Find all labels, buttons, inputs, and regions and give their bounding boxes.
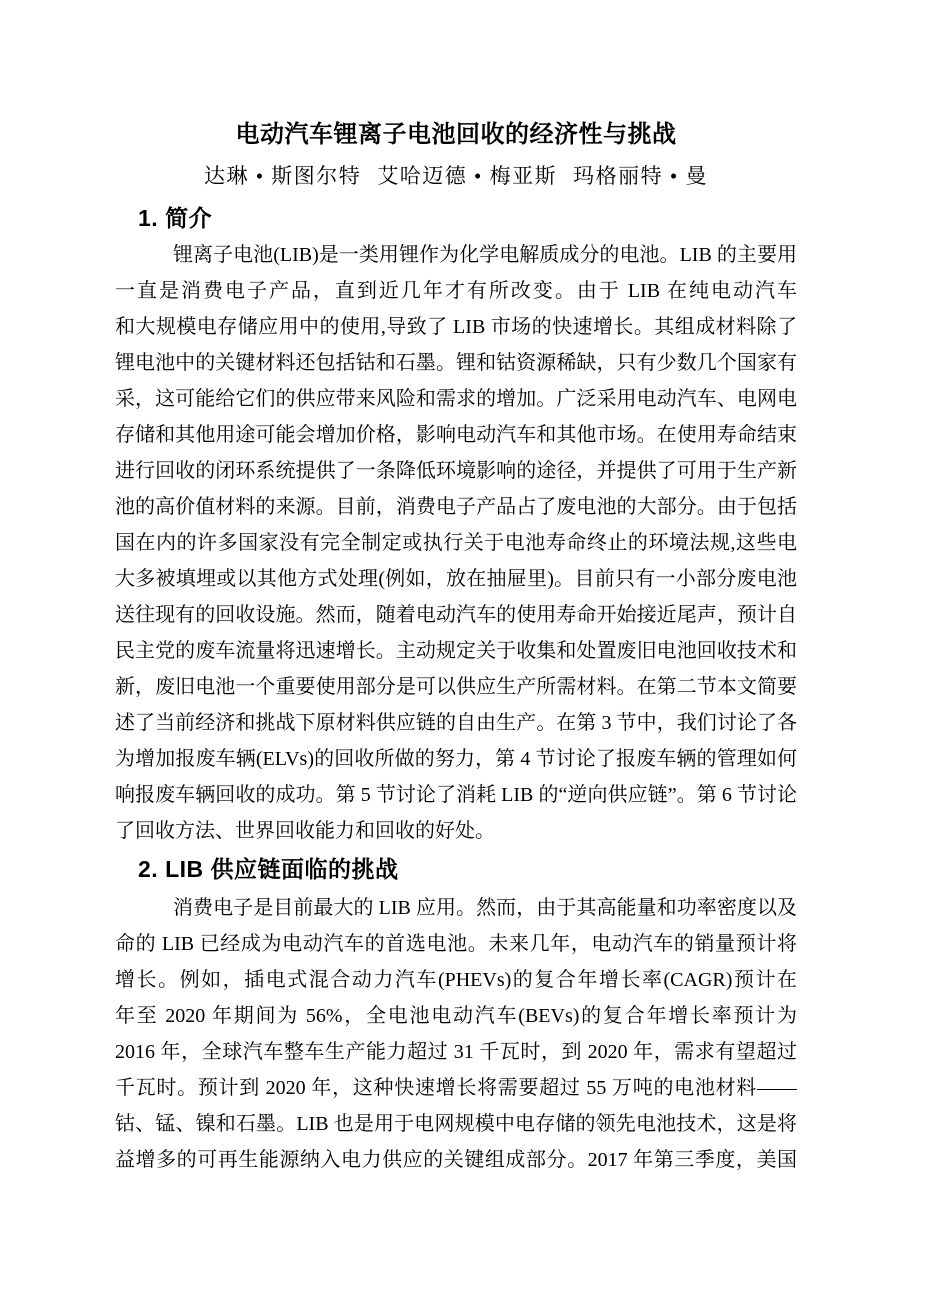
text-line: 命的 LIB 已经成为电动汽车的首选电池。未来几年，电动汽车的销量预计将迅速	[115, 926, 797, 962]
text-line: 池的高价值材料的来源。目前，消费电子产品占了废电池的大部分。由于包括美	[115, 489, 797, 525]
text-line: 锂离子电池(LIB)是一类用锂作为化学电解质成分的电池。LIB 的主要用途	[115, 237, 797, 273]
author-name: 玛格丽特 • 曼	[573, 164, 708, 188]
text-line: 千瓦时。预计到 2020 年，这种快速增长将需要超过 55 万吨的电池材料——锂…	[115, 1070, 797, 1106]
text-line: 述了当前经济和挑战下原材料供应链的自由生产。在第 3 节中，我们讨论了各国	[115, 705, 797, 741]
page-content: 电动汽车锂离子电池回收的经济性与挑战 达琳 • 斯图尔特艾哈迈德 • 梅亚斯玛格…	[115, 0, 797, 1178]
section-1-heading: 1. 简介	[115, 202, 797, 234]
text-line: 了回收方法、世界回收能力和回收的好处。	[115, 813, 797, 849]
text-line: 响报废车辆回收的成功。第 5 节讨论了消耗 LIB 的“逆向供应链”。第 6 节…	[115, 777, 797, 813]
text-line: 为增加报废车辆(ELVs)的回收所做的努力，第 4 节讨论了报废车辆的管理如何影	[115, 741, 797, 777]
text-line: 存储和其他用途可能会增加价格，影响电动汽车和其他市场。在使用寿命结束时	[115, 417, 797, 453]
text-line: 一直是消费电子产品，直到近几年才有所改变。由于 LIB 在纯电动汽车(BEVs)	[115, 273, 797, 309]
authors-line: 达琳 • 斯图尔特艾哈迈德 • 梅亚斯玛格丽特 • 曼	[115, 161, 797, 191]
text-line: 送往现有的回收设施。然而，随着电动汽车的使用寿命开始接近尾声，预计自由	[115, 597, 797, 633]
text-line: 2016 年，全球汽车整车生产能力超过 31 千瓦时，到 2020 年，需求有望…	[115, 1034, 797, 1070]
text-line: 益增多的可再生能源纳入电力供应的关键组成部分。2017 年第三季度，美国固	[115, 1142, 797, 1178]
section-1-paragraph: 锂离子电池(LIB)是一类用锂作为化学电解质成分的电池。LIB 的主要用途一直是…	[115, 237, 797, 849]
text-line: 消费电子是目前最大的 LIB 应用。然而，由于其高能量和功率密度以及长寿	[115, 890, 797, 926]
section-supply-chain-challenges: 2. LIB 供应链面临的挑战 消费电子是目前最大的 LIB 应用。然而，由于其…	[115, 853, 797, 1178]
text-line: 和大规模电存储应用中的使用,导致了 LIB 市场的快速增长。其组成材料除了锂，	[115, 309, 797, 345]
text-line: 锂电池中的关键材料还包括钴和石墨。锂和钴资源稀缺，只有少数几个国家有开	[115, 345, 797, 381]
text-line: 新，废旧电池一个重要使用部分是可以供应生产所需材料。在第二节本文简要综	[115, 669, 797, 705]
section-2-paragraph: 消费电子是目前最大的 LIB 应用。然而，由于其高能量和功率密度以及长寿命的 L…	[115, 890, 797, 1178]
text-line: 民主党的废车流量将迅速增长。主动规定关于收集和处置废旧电池回收技术和创	[115, 633, 797, 669]
text-line: 采，这可能给它们的供应带来风险和需求的增加。广泛采用电动汽车、电网电力	[115, 381, 797, 417]
text-line: 大多被填埋或以其他方式处理(例如，放在抽屉里)。目前只有一小部分废电池被	[115, 561, 797, 597]
section-introduction: 1. 简介 锂离子电池(LIB)是一类用锂作为化学电解质成分的电池。LIB 的主…	[115, 202, 797, 849]
author-name: 艾哈迈德 • 梅亚斯	[377, 164, 557, 188]
section-2-heading: 2. LIB 供应链面临的挑战	[115, 853, 797, 885]
author-name: 达琳 • 斯图尔特	[204, 164, 361, 188]
document-page: 电动汽车锂离子电池回收的经济性与挑战 达琳 • 斯图尔特艾哈迈德 • 梅亚斯玛格…	[0, 0, 925, 1309]
text-line: 增长。例如，插电式混合动力汽车(PHEVs)的复合年增长率(CAGR)预计在 2…	[115, 962, 797, 998]
text-line: 钴、锰、镍和石墨。LIB 也是用于电网规模中电存储的领先电池技术，这是将日	[115, 1106, 797, 1142]
paper-title: 电动汽车锂离子电池回收的经济性与挑战	[115, 118, 797, 152]
text-line: 国在内的许多国家没有完全制定或执行关于电池寿命终止的环境法规,这些电池	[115, 525, 797, 561]
text-line: 进行回收的闭环系统提供了一条降低环境影响的途径，并提供了可用于生产新电	[115, 453, 797, 489]
text-line: 年至 2020 年期间为 56%，全电池电动汽车(BEVs)的复合年增长率预计为…	[115, 998, 797, 1034]
